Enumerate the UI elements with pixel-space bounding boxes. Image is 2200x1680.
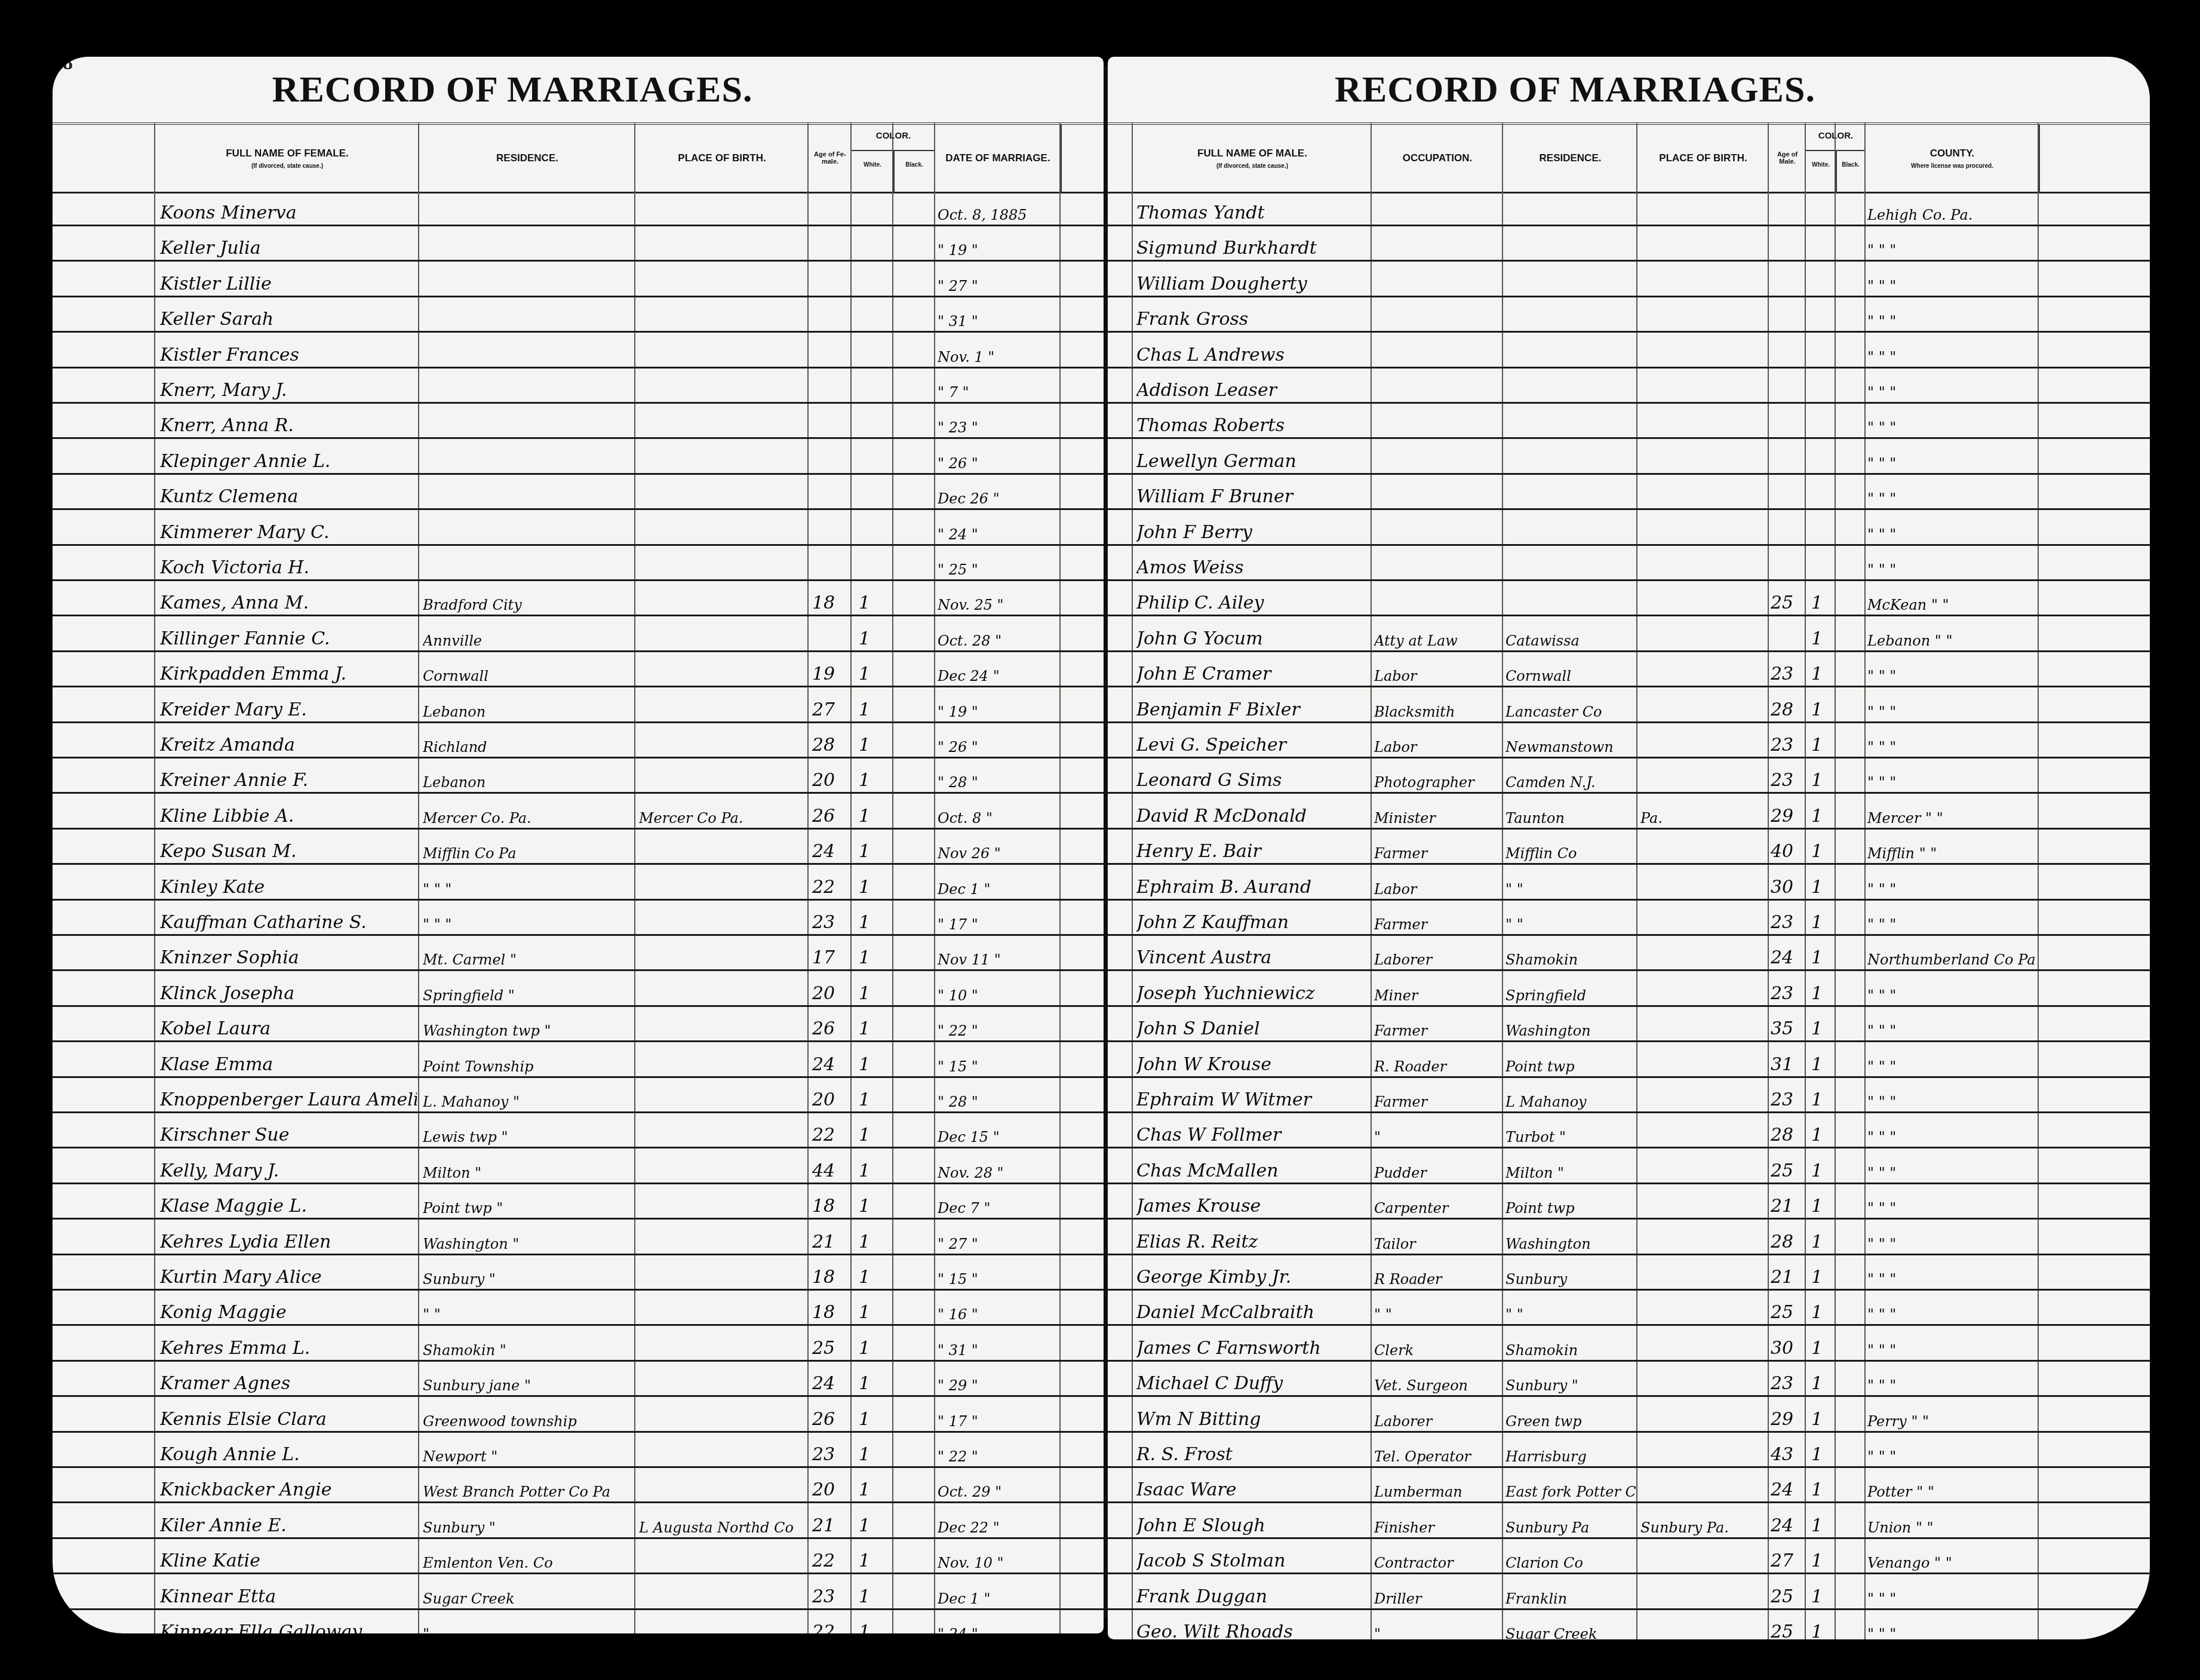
- county-cell: Venango " ": [1867, 1555, 2036, 1571]
- table-row: Geo. Wilt Rhoads"Sugar Creek251" " ": [1108, 1608, 2150, 1639]
- marriage-date-cell: Dec 1 ": [938, 1590, 1057, 1607]
- header-place-of-birth: PLACE OF BIRTH.: [1636, 125, 1769, 192]
- county-cell: Union " ": [1867, 1519, 2036, 1536]
- table-row: Kinnear EttaSugar Creek231Dec 1 ": [53, 1573, 1104, 1610]
- male-name-cell: Frank Duggan: [1136, 1586, 1369, 1607]
- male-name-cell: Michael C Duffy: [1136, 1373, 1369, 1394]
- color-white-cell: 1: [859, 1089, 889, 1110]
- place-of-birth-cell: Pa.: [1640, 810, 1766, 827]
- residence-cell: " ": [1505, 1306, 1636, 1323]
- marriage-date-cell: " 28 ": [938, 1094, 1057, 1110]
- header-place-of-birth: PLACE OF BIRTH.: [634, 125, 809, 192]
- county-cell: " " ": [1867, 1590, 2036, 1607]
- occupation-cell: ": [1374, 1626, 1501, 1639]
- residence-cell: Shamokin: [1505, 1342, 1636, 1359]
- residence-cell: Camden N.J.: [1505, 774, 1636, 791]
- county-cell: " " ": [1867, 526, 2036, 543]
- age-cell: 27: [812, 699, 849, 720]
- residence-cell: Sugar Creek: [423, 1590, 632, 1607]
- occupation-cell: Farmer: [1374, 845, 1501, 862]
- age-cell: 20: [812, 770, 849, 791]
- color-white-cell: 1: [1811, 770, 1833, 791]
- residence-cell: Lebanon: [423, 774, 632, 791]
- male-name-cell: Leonard G Sims: [1136, 770, 1369, 791]
- residence-cell: Cornwall: [423, 668, 632, 684]
- residence-cell: Shamokin: [1505, 951, 1636, 968]
- male-name-cell: John E Cramer: [1136, 664, 1369, 684]
- color-white-cell: 1: [1811, 806, 1833, 827]
- residence-cell: Annville: [423, 632, 632, 649]
- table-row: Elias R. ReitzTailorWashington281" " ": [1108, 1218, 2150, 1255]
- age-cell: 40: [1771, 841, 1803, 862]
- color-white-cell: 1: [1811, 1231, 1833, 1252]
- residence-cell: L Mahanoy: [1505, 1094, 1636, 1110]
- age-cell: 23: [1771, 770, 1803, 791]
- female-name-cell: Klase Emma: [160, 1054, 417, 1075]
- color-white-cell: 1: [859, 1160, 889, 1181]
- residence-cell: Sunbury Pa: [1505, 1519, 1636, 1536]
- male-name-cell: Frank Gross: [1136, 309, 1369, 330]
- male-name-cell: Jacob S Stolman: [1136, 1550, 1369, 1571]
- marriage-date-cell: " 24 ": [938, 1626, 1057, 1633]
- color-white-cell: 1: [859, 770, 889, 791]
- county-cell: " " ": [1867, 916, 2036, 933]
- female-name-cell: Kinnear Etta: [160, 1586, 417, 1607]
- female-name-cell: Knoppenberger Laura Amelia: [160, 1089, 417, 1110]
- occupation-cell: Driller: [1374, 1590, 1501, 1607]
- age-cell: 28: [812, 735, 849, 755]
- marriage-date-cell: " 31 ": [938, 1342, 1057, 1359]
- table-row: Henry E. BairFarmerMifflin Co401Mifflin …: [1108, 828, 2150, 865]
- male-name-cell: James C Farnsworth: [1136, 1338, 1369, 1359]
- table-row: Kuntz ClemenaDec 26 ": [53, 473, 1104, 510]
- occupation-cell: ": [1374, 1129, 1501, 1145]
- residence-cell: Newport ": [423, 1448, 632, 1465]
- color-white-cell: 1: [859, 1515, 889, 1536]
- county-cell: " " ": [1867, 739, 2036, 755]
- county-cell: " " ": [1867, 1342, 2036, 1359]
- age-cell: 23: [1771, 1089, 1803, 1110]
- county-cell: " " ": [1867, 1200, 2036, 1217]
- place-of-birth-cell: Sunbury Pa.: [1640, 1519, 1766, 1536]
- age-cell: 43: [1771, 1444, 1803, 1465]
- age-cell: 18: [812, 1196, 849, 1217]
- age-cell: 22: [812, 1125, 849, 1145]
- color-white-cell: 1: [1811, 912, 1833, 933]
- table-row: Sigmund Burkhardt" " ": [1108, 225, 2150, 262]
- table-row: Klase Maggie L.Point twp "181Dec 7 ": [53, 1183, 1104, 1220]
- female-name-cell: Kirschner Sue: [160, 1125, 417, 1145]
- county-cell: " " ": [1867, 987, 2036, 1004]
- female-name-cell: Kreitz Amanda: [160, 735, 417, 755]
- color-white-cell: 1: [1811, 1621, 1833, 1639]
- male-name-cell: Amos Weiss: [1136, 557, 1369, 578]
- male-name-cell: Levi G. Speicher: [1136, 735, 1369, 755]
- header-age-female: Age of Fe-male.: [807, 125, 852, 192]
- header-age-male: Age of Male.: [1768, 125, 1806, 192]
- female-name-cell: Kauffman Catharine S.: [160, 912, 417, 933]
- age-cell: 25: [1771, 592, 1803, 613]
- female-name-cell: Knerr, Anna R.: [160, 415, 417, 436]
- residence-cell: " ": [423, 1306, 632, 1323]
- occupation-cell: Farmer: [1374, 916, 1501, 933]
- table-row: Ephraim W WitmerFarmerL Mahanoy231" " ": [1108, 1076, 2150, 1113]
- color-white-cell: 1: [859, 1018, 889, 1039]
- marriage-date-cell: Oct. 28 ": [938, 632, 1057, 649]
- female-name-cell: Kinnear Ella Galloway: [160, 1621, 417, 1633]
- female-name-cell: Klinck Josepha: [160, 983, 417, 1004]
- table-row: Kennis Elsie ClaraGreenwood township261"…: [53, 1396, 1104, 1433]
- county-cell: " " ": [1867, 704, 2036, 720]
- residence-cell: Springfield ": [423, 987, 632, 1004]
- occupation-cell: Minister: [1374, 810, 1501, 827]
- age-cell: 21: [1771, 1267, 1803, 1288]
- table-row: Keller Sarah" 31 ": [53, 296, 1104, 333]
- county-cell: Lebanon " ": [1867, 632, 2036, 649]
- color-white-cell: 1: [859, 983, 889, 1004]
- female-name-cell: Knickbacker Angie: [160, 1479, 417, 1500]
- color-white-cell: 1: [1811, 1267, 1833, 1288]
- female-name-cell: Konig Maggie: [160, 1302, 417, 1323]
- county-cell: " " ": [1867, 881, 2036, 898]
- occupation-cell: Finisher: [1374, 1519, 1501, 1536]
- county-cell: " " ": [1867, 1058, 2036, 1075]
- residence-cell: Washington: [1505, 1022, 1636, 1039]
- table-row: Vincent AustraLaborerShamokin241Northumb…: [1108, 934, 2150, 971]
- color-white-cell: 1: [859, 841, 889, 862]
- table-row: Koons MinervaOct. 8, 1885: [53, 189, 1104, 226]
- age-cell: 24: [812, 1054, 849, 1075]
- male-name-cell: Philip C. Ailey: [1136, 592, 1369, 613]
- residence-cell: Point twp: [1505, 1058, 1636, 1075]
- color-white-cell: 1: [1811, 1089, 1833, 1110]
- county-cell: Northumberland Co Pa: [1867, 951, 2036, 968]
- age-cell: 20: [812, 1479, 849, 1500]
- female-name-cell: Klase Maggie L.: [160, 1196, 417, 1217]
- age-cell: 22: [812, 877, 849, 898]
- marriage-date-cell: Dec 15 ": [938, 1129, 1057, 1145]
- occupation-cell: Tailor: [1374, 1236, 1501, 1252]
- header-date-of-marriage: DATE OF MARRIAGE.: [934, 125, 1062, 192]
- header-male-name: FULL NAME OF MALE. (If divorced, state c…: [1132, 125, 1372, 192]
- county-cell: " " ": [1867, 349, 2036, 366]
- occupation-cell: Lumberman: [1374, 1484, 1501, 1500]
- occupation-cell: Laborer: [1374, 1413, 1501, 1430]
- table-row: Knerr, Anna R." 23 ": [53, 402, 1104, 439]
- marriage-date-cell: Dec 7 ": [938, 1200, 1057, 1217]
- male-name-cell: Daniel McCalbraith: [1136, 1302, 1369, 1323]
- female-name-cell: Kelly, Mary J.: [160, 1160, 417, 1181]
- age-cell: 25: [1771, 1586, 1803, 1607]
- residence-cell: Milton ": [423, 1165, 632, 1181]
- table-row: Benjamin F BixlerBlacksmithLancaster Co2…: [1108, 686, 2150, 723]
- table-row: Joseph YuchniewiczMinerSpringfield231" "…: [1108, 970, 2150, 1007]
- county-cell: " " ": [1867, 1094, 2036, 1110]
- occupation-cell: Labor: [1374, 881, 1501, 898]
- county-cell: " " ": [1867, 1236, 2036, 1252]
- header-female-name: FULL NAME OF FEMALE. (If divorced, state…: [154, 125, 419, 192]
- occupation-cell: Clerk: [1374, 1342, 1501, 1359]
- residence-cell: Cornwall: [1505, 668, 1636, 684]
- female-name-cell: Kramer Agnes: [160, 1373, 417, 1394]
- table-row: Knerr, Mary J." 7 ": [53, 367, 1104, 404]
- age-cell: 30: [1771, 1338, 1803, 1359]
- color-white-cell: 1: [1811, 947, 1833, 968]
- marriage-date-cell: " 23 ": [938, 419, 1057, 436]
- table-row: Isaac WareLumbermanEast fork Potter Co24…: [1108, 1466, 2150, 1503]
- age-cell: 19: [812, 664, 849, 684]
- residence-cell: Mt. Carmel ": [423, 951, 632, 968]
- table-row: Daniel McCalbraith" "" "251" " ": [1108, 1289, 2150, 1326]
- table-row: George Kimby Jr.R RoaderSunbury211" " ": [1108, 1254, 2150, 1291]
- age-cell: 27: [1771, 1550, 1803, 1571]
- male-name-cell: George Kimby Jr.: [1136, 1267, 1369, 1288]
- marriage-date-cell: Nov. 25 ": [938, 597, 1057, 613]
- color-white-cell: 1: [859, 1621, 889, 1633]
- age-cell: 23: [1771, 735, 1803, 755]
- color-white-cell: 1: [859, 1302, 889, 1323]
- table-row: Jacob S StolmanContractorClarion Co271Ve…: [1108, 1537, 2150, 1574]
- male-name-cell: Benjamin F Bixler: [1136, 699, 1369, 720]
- female-name-cell: Keller Sarah: [160, 309, 417, 330]
- female-name-cell: Killinger Fannie C.: [160, 628, 417, 649]
- county-cell: Lehigh Co. Pa.: [1867, 207, 2036, 223]
- residence-cell: Turbot ": [1505, 1129, 1636, 1145]
- male-name-cell: Chas W Follmer: [1136, 1125, 1369, 1145]
- county-cell: Mifflin " ": [1867, 845, 2036, 862]
- male-name-cell: Vincent Austra: [1136, 947, 1369, 968]
- female-name-cell: Kehres Emma L.: [160, 1338, 417, 1359]
- female-name-cell: Koons Minerva: [160, 202, 417, 223]
- table-row: Wm N BittingLaborerGreen twp291Perry " ": [1108, 1396, 2150, 1433]
- marriage-date-cell: Nov 11 ": [938, 951, 1057, 968]
- right-ledger-page: RECORD OF MARRIAGES. FULL NAME OF MALE. …: [1108, 57, 2150, 1639]
- occupation-cell: R Roader: [1374, 1271, 1501, 1288]
- color-white-cell: 1: [1811, 1479, 1833, 1500]
- female-name-cell: Keller Julia: [160, 238, 417, 259]
- age-cell: 23: [812, 1444, 849, 1465]
- male-name-cell: Lewellyn German: [1136, 451, 1369, 472]
- county-cell: " " ": [1867, 1626, 2036, 1639]
- age-cell: 28: [1771, 699, 1803, 720]
- occupation-cell: R. Roader: [1374, 1058, 1501, 1075]
- color-white-cell: 1: [859, 1125, 889, 1145]
- county-cell: " " ": [1867, 490, 2036, 507]
- age-cell: 20: [812, 983, 849, 1004]
- male-name-cell: Chas McMallen: [1136, 1160, 1369, 1181]
- column-header-row: FULL NAME OF MALE. (If divorced, state c…: [1108, 122, 2150, 194]
- age-cell: 25: [1771, 1621, 1803, 1639]
- place-of-birth-cell: Mercer Co Pa.: [639, 810, 806, 827]
- occupation-cell: Carpenter: [1374, 1200, 1501, 1217]
- age-cell: 20: [812, 1089, 849, 1110]
- age-cell: 29: [1771, 806, 1803, 827]
- color-white-cell: 1: [1811, 699, 1833, 720]
- marriage-date-cell: Nov 26 ": [938, 845, 1057, 862]
- male-name-cell: John G Yocum: [1136, 628, 1369, 649]
- residence-cell: Green twp: [1505, 1413, 1636, 1430]
- age-cell: 44: [812, 1160, 849, 1181]
- female-name-cell: Kistler Frances: [160, 345, 417, 366]
- table-row: Kough Annie L.Newport "231" 22 ": [53, 1431, 1104, 1468]
- age-cell: 22: [812, 1550, 849, 1571]
- residence-cell: Washington ": [423, 1236, 632, 1252]
- color-white-cell: 1: [1811, 1338, 1833, 1359]
- marriage-date-cell: " 7 ": [938, 384, 1057, 401]
- age-cell: 25: [1771, 1302, 1803, 1323]
- table-row: Kramer AgnesSunbury jane "241" 29 ": [53, 1360, 1104, 1397]
- male-name-cell: Thomas Yandt: [1136, 202, 1369, 223]
- color-white-cell: 1: [859, 699, 889, 720]
- marriage-date-cell: " 27 ": [938, 278, 1057, 294]
- male-name-cell: Isaac Ware: [1136, 1479, 1369, 1500]
- residence-cell: " ": [1505, 916, 1636, 933]
- county-cell: Perry " ": [1867, 1413, 2036, 1430]
- table-row: Kurtin Mary AliceSunbury "181" 15 ": [53, 1254, 1104, 1291]
- color-white-cell: 1: [1811, 1125, 1833, 1145]
- color-white-cell: 1: [859, 664, 889, 684]
- residence-cell: Sunbury: [1505, 1271, 1636, 1288]
- color-white-cell: 1: [859, 912, 889, 933]
- table-row: R. S. FrostTel. OperatorHarrisburg431" "…: [1108, 1431, 2150, 1468]
- table-row: Addison Leaser" " ": [1108, 367, 2150, 404]
- age-cell: 35: [1771, 1018, 1803, 1039]
- table-row: Knoppenberger Laura AmeliaL. Mahanoy "20…: [53, 1076, 1104, 1113]
- occupation-cell: " ": [1374, 1306, 1501, 1323]
- county-cell: " " ": [1867, 455, 2036, 472]
- county-cell: McKean " ": [1867, 597, 2036, 613]
- marriage-date-cell: " 15 ": [938, 1058, 1057, 1075]
- occupation-cell: Atty at Law: [1374, 632, 1501, 649]
- age-cell: 23: [1771, 912, 1803, 933]
- color-white-cell: 1: [1811, 1550, 1833, 1571]
- county-cell: " " ": [1867, 1129, 2036, 1145]
- color-white-cell: 1: [1811, 1586, 1833, 1607]
- table-row: Klase EmmaPoint Township241" 15 ": [53, 1041, 1104, 1078]
- left-ledger-page: 58 RECORD OF MARRIAGES. FULL NAME OF FEM…: [53, 57, 1104, 1633]
- male-name-cell: Thomas Roberts: [1136, 415, 1369, 436]
- female-name-cell: Kepo Susan M.: [160, 841, 417, 862]
- table-row: Kreitz AmandaRichland281" 26 ": [53, 721, 1104, 758]
- table-row: Philip C. Ailey251McKean " ": [1108, 579, 2150, 616]
- occupation-cell: Contractor: [1374, 1555, 1501, 1571]
- age-cell: 21: [812, 1231, 849, 1252]
- table-row: Amos Weiss" " ": [1108, 544, 2150, 581]
- county-cell: " " ": [1867, 1377, 2036, 1394]
- marriage-date-cell: Nov. 1 ": [938, 349, 1057, 366]
- occupation-cell: Farmer: [1374, 1022, 1501, 1039]
- county-cell: " " ": [1867, 278, 2036, 294]
- residence-cell: Sugar Creek: [1505, 1626, 1636, 1639]
- table-row: William Dougherty" " ": [1108, 260, 2150, 297]
- occupation-cell: Miner: [1374, 987, 1501, 1004]
- female-name-cell: Kreiner Annie F.: [160, 770, 417, 791]
- color-white-cell: 1: [1811, 1515, 1833, 1536]
- table-row: Kline KatieEmlenton Ven. Co221Nov. 10 ": [53, 1537, 1104, 1574]
- color-white-cell: 1: [859, 1338, 889, 1359]
- color-white-cell: 1: [1811, 1054, 1833, 1075]
- color-white-cell: 1: [859, 1444, 889, 1465]
- age-cell: 28: [1771, 1231, 1803, 1252]
- age-cell: 26: [812, 1409, 849, 1430]
- residence-cell: Franklin: [1505, 1590, 1636, 1607]
- county-cell: " " ": [1867, 419, 2036, 436]
- color-white-cell: 1: [859, 877, 889, 898]
- marriage-date-cell: Nov. 28 ": [938, 1165, 1057, 1181]
- age-cell: 31: [1771, 1054, 1803, 1075]
- table-row: Kirschner SueLewis twp "221Dec 15 ": [53, 1111, 1104, 1148]
- age-cell: 26: [812, 1018, 849, 1039]
- page-title: RECORD OF MARRIAGES.: [53, 69, 1038, 111]
- female-name-cell: Kurtin Mary Alice: [160, 1267, 417, 1288]
- age-cell: 17: [812, 947, 849, 968]
- occupation-cell: Tel. Operator: [1374, 1448, 1501, 1465]
- occupation-cell: Labor: [1374, 668, 1501, 684]
- table-row: Chas W Follmer"Turbot "281" " ": [1108, 1111, 2150, 1148]
- age-cell: 18: [812, 592, 849, 613]
- page-title: RECORD OF MARRIAGES.: [1108, 69, 2096, 111]
- table-row: Kistler Lillie" 27 ": [53, 260, 1104, 297]
- residence-cell: Mifflin Co Pa: [423, 845, 632, 862]
- county-cell: " " ": [1867, 561, 2036, 578]
- table-row: Thomas YandtLehigh Co. Pa.: [1108, 189, 2150, 226]
- residence-cell: Sunbury ": [423, 1519, 632, 1536]
- county-cell: " " ": [1867, 774, 2036, 791]
- age-cell: 18: [812, 1267, 849, 1288]
- table-row: Kames, Anna M.Bradford City181Nov. 25 ": [53, 579, 1104, 616]
- color-white-cell: 1: [859, 1409, 889, 1430]
- residence-cell: Newmanstown: [1505, 739, 1636, 755]
- male-name-cell: Chas L Andrews: [1136, 345, 1369, 366]
- place-of-birth-cell: L Augusta Northd Co: [639, 1519, 806, 1536]
- marriage-date-cell: Oct. 8, 1885: [938, 207, 1057, 223]
- residence-cell: Sunbury ": [1505, 1377, 1636, 1394]
- color-white-cell: 1: [859, 1586, 889, 1607]
- residence-cell: Mercer Co. Pa.: [423, 810, 632, 827]
- female-name-cell: Klepinger Annie L.: [160, 451, 417, 472]
- female-name-cell: Kennis Elsie Clara: [160, 1409, 417, 1430]
- occupation-cell: Labor: [1374, 739, 1501, 755]
- male-name-cell: Ephraim W Witmer: [1136, 1089, 1369, 1110]
- marriage-date-cell: Nov. 10 ": [938, 1555, 1057, 1571]
- residence-cell: Shamokin ": [423, 1342, 632, 1359]
- male-name-cell: Sigmund Burkhardt: [1136, 238, 1369, 259]
- female-name-cell: Kehres Lydia Ellen: [160, 1231, 417, 1252]
- table-row: Kinley Kate" " "221Dec 1 ": [53, 864, 1104, 901]
- color-white-cell: 1: [1811, 628, 1833, 649]
- table-row: James C FarnsworthClerkShamokin301" " ": [1108, 1325, 2150, 1362]
- residence-cell: Greenwood township: [423, 1413, 632, 1430]
- age-cell: 24: [1771, 1479, 1803, 1500]
- color-white-cell: 1: [1811, 735, 1833, 755]
- marriage-date-cell: " 27 ": [938, 1236, 1057, 1252]
- table-row: Kimmerer Mary C." 24 ": [53, 509, 1104, 546]
- table-row: Chas L Andrews" " ": [1108, 331, 2150, 368]
- color-white-cell: 1: [1811, 1444, 1833, 1465]
- age-cell: 24: [1771, 947, 1803, 968]
- table-row: David R McDonaldMinisterTauntonPa.291Mer…: [1108, 793, 2150, 830]
- color-white-cell: 1: [859, 1196, 889, 1217]
- marriage-date-cell: " 25 ": [938, 561, 1057, 578]
- table-row: John Z KauffmanFarmer" "231" " ": [1108, 899, 2150, 936]
- header-county: COUNTY. Where license was procured.: [1864, 125, 2040, 192]
- table-row: Klinck JosephaSpringfield "201" 10 ": [53, 970, 1104, 1007]
- male-name-cell: David R McDonald: [1136, 806, 1369, 827]
- male-name-cell: John W Krouse: [1136, 1054, 1369, 1075]
- table-row: John W KrouseR. RoaderPoint twp311" " ": [1108, 1041, 2150, 1078]
- marriage-date-cell: Dec 26 ": [938, 490, 1057, 507]
- male-name-cell: Addison Leaser: [1136, 380, 1369, 401]
